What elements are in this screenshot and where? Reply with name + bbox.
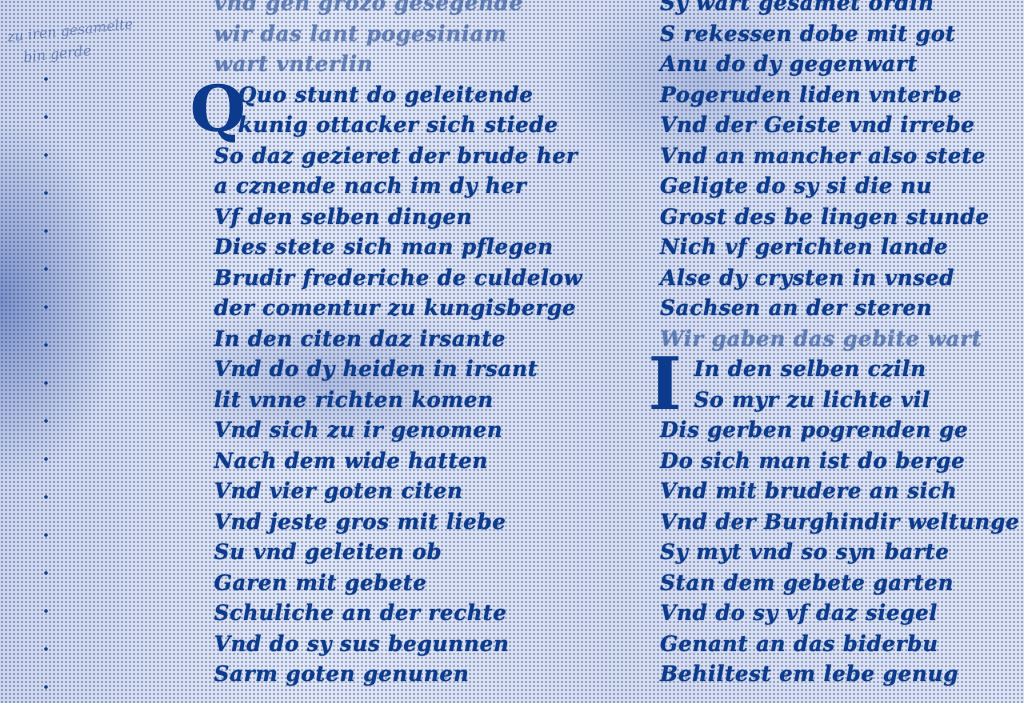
text-line: lit vnne richten komen bbox=[214, 385, 582, 416]
text-line: Vf den selben dingen bbox=[214, 202, 582, 233]
text-line: Sachsen an der steren bbox=[660, 293, 1020, 324]
text-line: Vnd vier goten citen bbox=[214, 476, 582, 507]
margin-annotation: zu iren gesamelte bin gerde bbox=[6, 14, 136, 71]
text-line: Vnd der Burghindir weltunge bbox=[660, 507, 1020, 538]
text-line: Dis gerben pogrenden ge bbox=[660, 415, 1020, 446]
text-line: S rekessen dobe mit got bbox=[660, 19, 1020, 50]
text-line: Behiltest em lebe genug bbox=[660, 659, 1020, 690]
text-line: Vnd do sy sus begunnen bbox=[214, 629, 582, 660]
text-line: Pogeruden liden vnterbe bbox=[660, 80, 1020, 111]
text-line: Do sich man ist do berge bbox=[660, 446, 1020, 477]
text-line: Brudir frederiche de culdelow bbox=[214, 263, 582, 294]
text-line: So myr zu lichte vil bbox=[660, 385, 1020, 416]
text-line: vnd gen grozo gesegende bbox=[214, 0, 582, 19]
text-line: Vnd der Geiste vnd irrebe bbox=[660, 110, 1020, 141]
text-line: wir das lant pogesiniam bbox=[214, 19, 582, 50]
text-line: Dies stete sich man pflegen bbox=[214, 232, 582, 263]
text-line: In den selben cziln bbox=[660, 354, 1020, 385]
pricked-ruling-marks bbox=[44, 60, 48, 700]
text-line: Vnd jeste gros mit liebe bbox=[214, 507, 582, 538]
text-line: Grost des be lingen stunde bbox=[660, 202, 1020, 233]
text-line: Geligte do sy si die nu bbox=[660, 171, 1020, 202]
right-text-column: Sy wart gesamet ordin S rekessen dobe mi… bbox=[660, 0, 1020, 690]
manuscript-page: zu iren gesamelte bin gerde Q I vnd gen … bbox=[0, 0, 1024, 703]
text-line: a cznende nach im dy her bbox=[214, 171, 582, 202]
text-line: Vnd an mancher also stete bbox=[660, 141, 1020, 172]
text-line: Vnd mit brudere an sich bbox=[660, 476, 1020, 507]
text-line: Anu do dy gegenwart bbox=[660, 49, 1020, 80]
text-line: Vnd do dy heiden in irsant bbox=[214, 354, 582, 385]
text-line: Quo stunt do geleitende bbox=[214, 80, 582, 111]
text-line: Sy myt vnd so syn barte bbox=[660, 537, 1020, 568]
text-line: Sy wart gesamet ordin bbox=[660, 0, 1020, 19]
text-line: Sarm goten genunen bbox=[214, 659, 582, 690]
text-line: Alse dy crysten in vnsed bbox=[660, 263, 1020, 294]
text-line: Genant an das biderbu bbox=[660, 629, 1020, 660]
text-line: Garen mit gebete bbox=[214, 568, 582, 599]
text-line: Vnd do sy vf daz siegel bbox=[660, 598, 1020, 629]
text-line: Nach dem wide hatten bbox=[214, 446, 582, 477]
text-line: wart vnterlin bbox=[214, 49, 582, 80]
text-line: Su vnd geleiten ob bbox=[214, 537, 582, 568]
text-line: Vnd sich zu ir genomen bbox=[214, 415, 582, 446]
text-line: So daz gezieret der brude her bbox=[214, 141, 582, 172]
text-line: kunig ottacker sich stiede bbox=[214, 110, 582, 141]
text-line: Stan dem gebete garten bbox=[660, 568, 1020, 599]
left-text-column: vnd gen grozo gesegende wir das lant pog… bbox=[214, 0, 582, 690]
text-line: Schuliche an der rechte bbox=[214, 598, 582, 629]
text-line: der comentur zu kungisberge bbox=[214, 293, 582, 324]
text-line: Wir gaben das gebite wart bbox=[660, 324, 1020, 355]
text-line: In den citen daz irsante bbox=[214, 324, 582, 355]
text-line: Nich vf gerichten lande bbox=[660, 232, 1020, 263]
